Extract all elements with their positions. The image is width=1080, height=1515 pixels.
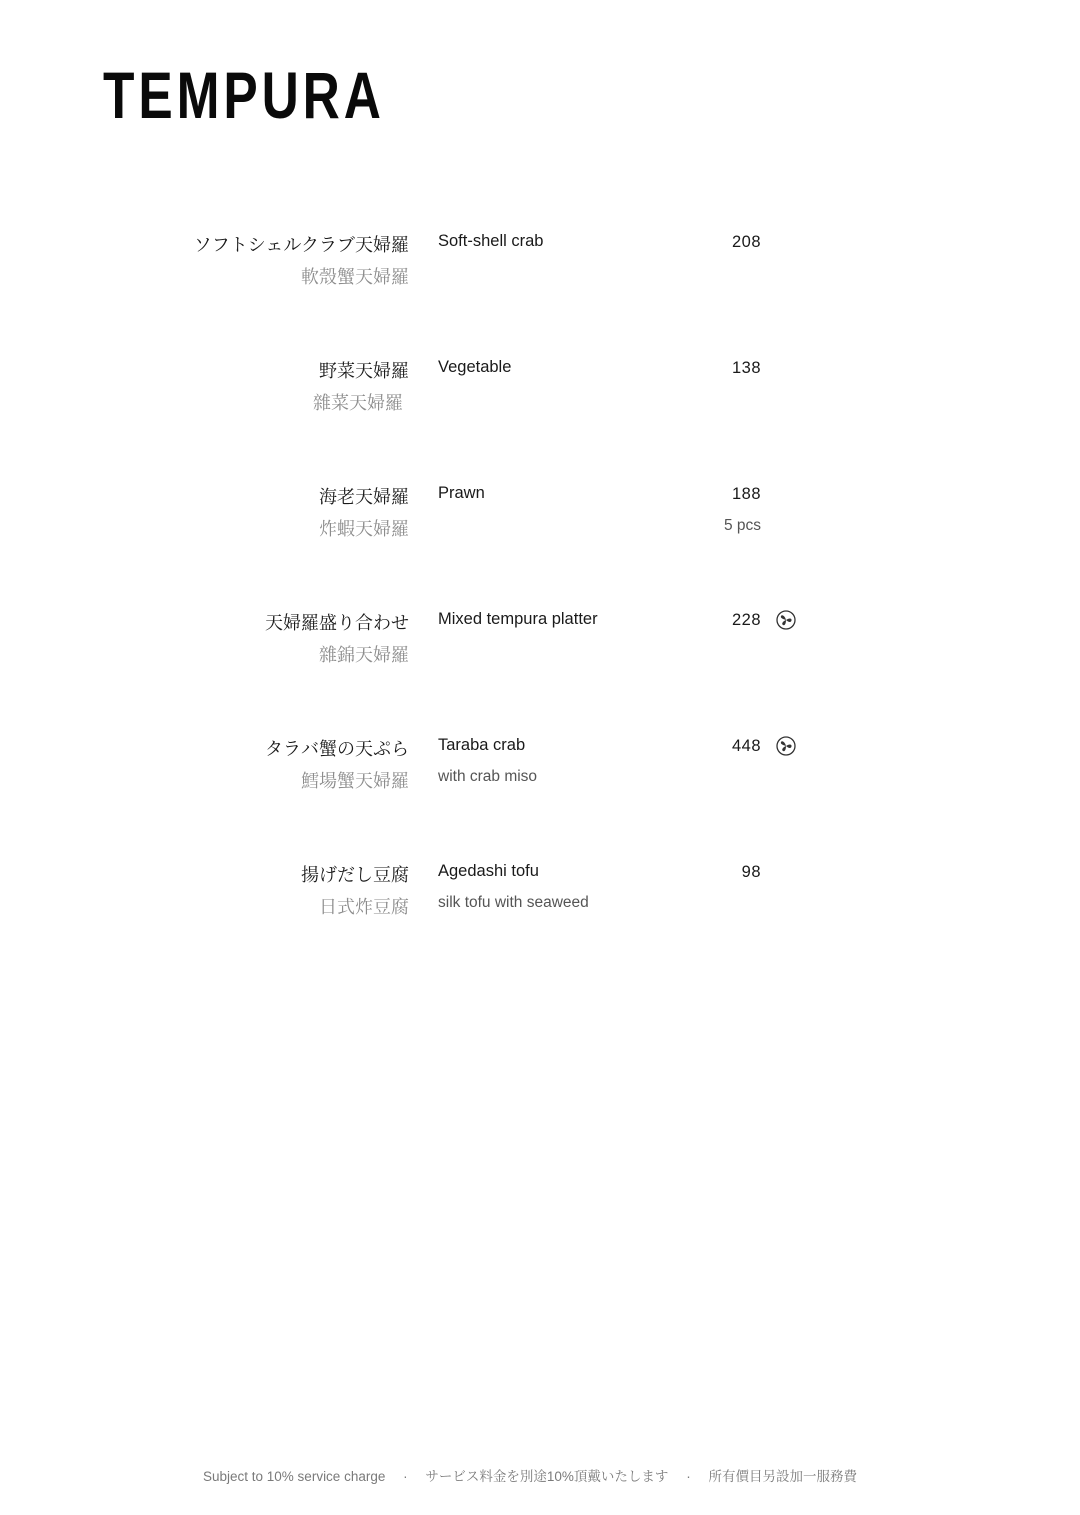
item-name-japanese: 海老天婦羅 bbox=[319, 483, 409, 509]
menu-item: 野菜天婦羅 雜菜天婦羅 Vegetable 138 bbox=[0, 357, 1080, 437]
menu-item: タラバ蟹の天ぷら 鱈場蟹天婦羅 Taraba crab with crab mi… bbox=[0, 735, 1080, 815]
footer-japanese: サービス料金を別途10%頂戴いたします bbox=[425, 1469, 668, 1484]
service-charge-footer: Subject to 10% service charge · サービス料金を別… bbox=[203, 1465, 871, 1485]
menu-item: 揚げだし豆腐 日式炸豆腐 Agedashi tofu silk tofu wit… bbox=[0, 861, 1080, 941]
menu-item: ソフトシェルクラブ天婦羅 軟殼蟹天婦羅 Soft-shell crab 208 bbox=[0, 231, 1080, 311]
menu-item: 天婦羅盛り合わせ 雜錦天婦羅 Mixed tempura platter 228 bbox=[0, 609, 1080, 689]
menu-item: 海老天婦羅 炸蝦天婦羅 Prawn 188 5 pcs bbox=[0, 483, 1080, 563]
item-name-chinese: 雜菜天婦羅 bbox=[313, 389, 403, 415]
item-price: 188 bbox=[732, 485, 761, 504]
item-name-japanese: ソフトシェルクラブ天婦羅 bbox=[194, 231, 409, 257]
item-description: with crab miso bbox=[438, 768, 537, 786]
item-name-chinese: 炸蝦天婦羅 bbox=[319, 515, 409, 541]
item-price: 448 bbox=[732, 737, 761, 756]
footer-english: Subject to 10% service charge bbox=[203, 1469, 385, 1484]
footer-chinese: 所有價目另設加一服務費 bbox=[708, 1469, 857, 1484]
item-price: 208 bbox=[732, 233, 761, 252]
item-name-english: Soft-shell crab bbox=[438, 232, 543, 251]
item-price: 98 bbox=[742, 863, 761, 882]
footer-separator: · bbox=[403, 1469, 408, 1484]
footer-separator: · bbox=[686, 1469, 691, 1484]
item-name-japanese: 野菜天婦羅 bbox=[319, 357, 409, 383]
item-name-english: Taraba crab bbox=[438, 736, 525, 755]
item-name-english: Agedashi tofu bbox=[438, 862, 539, 881]
item-price: 138 bbox=[732, 359, 761, 378]
item-name-chinese: 日式炸豆腐 bbox=[319, 893, 409, 919]
item-name-japanese: 天婦羅盛り合わせ bbox=[265, 609, 409, 635]
item-name-english: Prawn bbox=[438, 484, 485, 503]
item-name-chinese: 鱈場蟹天婦羅 bbox=[301, 767, 409, 793]
item-name-japanese: タラバ蟹の天ぷら bbox=[265, 735, 409, 761]
item-name-english: Vegetable bbox=[438, 358, 511, 377]
item-price-note: 5 pcs bbox=[724, 517, 761, 535]
item-name-japanese: 揚げだし豆腐 bbox=[301, 861, 409, 887]
item-description: silk tofu with seaweed bbox=[438, 894, 589, 912]
tomoe-crest-icon bbox=[776, 736, 796, 756]
tomoe-crest-icon bbox=[776, 610, 796, 630]
item-price: 228 bbox=[732, 611, 761, 630]
item-name-chinese: 軟殼蟹天婦羅 bbox=[301, 263, 409, 289]
item-name-chinese: 雜錦天婦羅 bbox=[319, 641, 409, 667]
item-name-english: Mixed tempura platter bbox=[438, 610, 598, 629]
page-title: TEMPURA bbox=[103, 62, 385, 128]
